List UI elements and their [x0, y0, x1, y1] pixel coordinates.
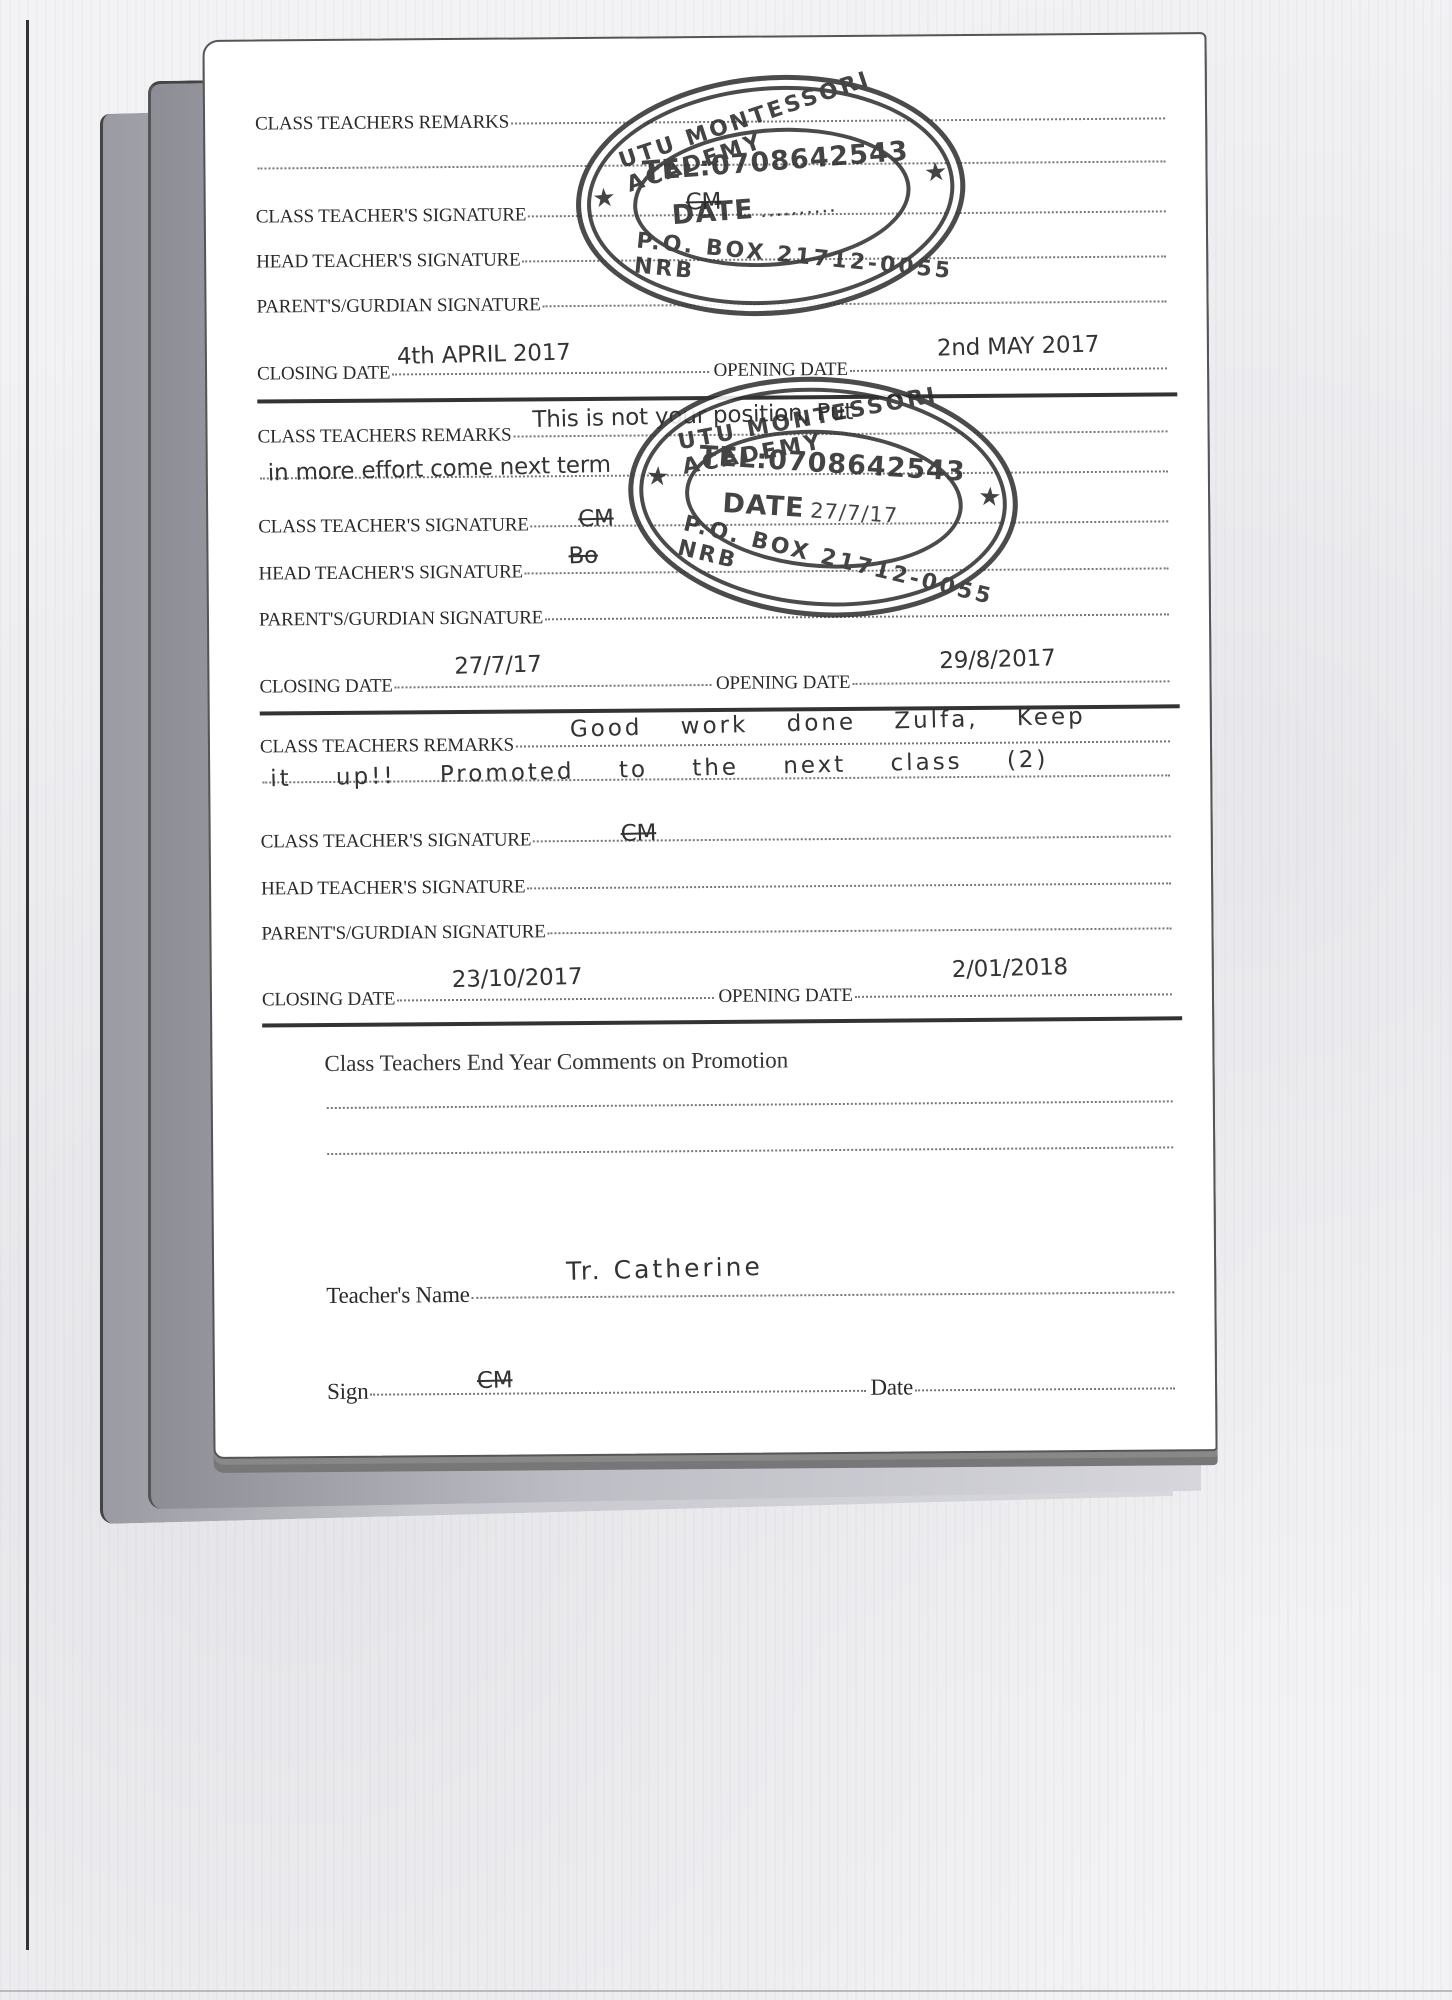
term1-opening-date: 2nd MAY 2017: [937, 332, 1100, 362]
end-year-comment-line2: [325, 1148, 1173, 1158]
scan-bottom-edge: [0, 1990, 1452, 1992]
term2-remarks-line2: in more effort come next term: [268, 452, 612, 487]
term3-remarks-line2-row: it up!! Promoted to the next class (2): [260, 776, 1170, 786]
term2-opening-date: 29/8/2017: [939, 645, 1056, 674]
star-icon: ★: [591, 183, 617, 215]
term1-dates-row: CLOSING DATE OPENING DATE 4th APRIL 2017…: [257, 356, 1167, 385]
star-icon: ★: [923, 157, 949, 189]
section-divider: [262, 1016, 1182, 1027]
head-teacher-signature: Bo: [568, 543, 598, 570]
report-card-page: CLASS TEACHERS REMARKS CLASS TEACHER'S S…: [202, 32, 1217, 1459]
class-teacher-signature: CM: [578, 505, 614, 532]
term2-parent-signature-row: PARENT'S/GURDIAN SIGNATURE: [259, 602, 1169, 631]
remarks-label: CLASS TEACHERS REMARKS: [255, 112, 509, 136]
teacher-name: Tr. Catherine: [566, 1252, 763, 1286]
term3-opening-date: 2/01/2018: [951, 954, 1068, 983]
end-year-comment-line1: [325, 1102, 1173, 1112]
teacher-name-row: Teacher's Name Tr. Catherine: [326, 1276, 1174, 1309]
sign-date-row: Sign Date CM: [327, 1372, 1175, 1405]
term3-dates-row: CLOSING DATE OPENING DATE 23/10/2017 2/0…: [262, 982, 1172, 1011]
term1-closing-date: 4th APRIL 2017: [397, 340, 571, 370]
star-icon: ★: [977, 482, 1002, 513]
end-year-comments-title: Class Teachers End Year Comments on Prom…: [324, 1047, 788, 1077]
term3-parent-signature-row: PARENT'S/GURDIAN SIGNATURE: [261, 916, 1171, 945]
term3-class-teacher-signature-row: CLASS TEACHER'S SIGNATURE CM: [261, 824, 1171, 853]
term3-head-teacher-signature-row: HEAD TEACHER'S SIGNATURE: [261, 871, 1171, 900]
class-teacher-signature: CM: [620, 820, 656, 847]
teacher-sign: CM: [477, 1367, 513, 1394]
star-icon: ★: [645, 461, 670, 492]
term2-closing-date: 27/7/17: [454, 652, 542, 680]
school-stamp: UTU MONTESSORI ACADEMY ★ TEL:0708642543 …: [567, 61, 974, 331]
term3-closing-date: 23/10/2017: [452, 964, 583, 993]
term2-dates-row: CLOSING DATE OPENING DATE 27/7/17 29/8/2…: [259, 669, 1169, 698]
scan-edge-line: [26, 20, 29, 1950]
